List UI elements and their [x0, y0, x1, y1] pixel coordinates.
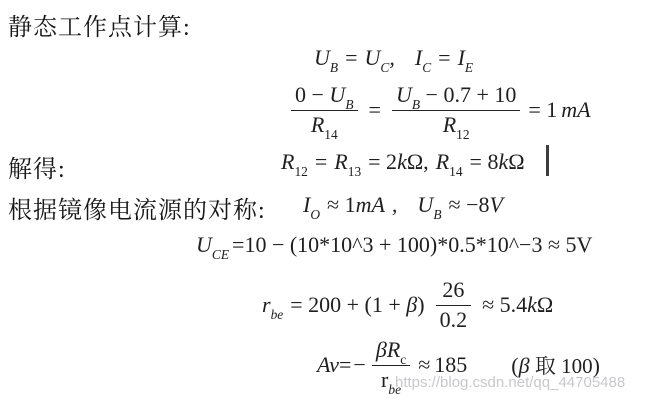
fraction-numerator: βRc — [372, 338, 410, 366]
formula-resistor-values: R12 = R13 = 2kΩ, R14 = 8kΩ — [281, 149, 532, 175]
fraction-denominator: R12 — [392, 111, 520, 138]
value-8k: = 8kΩ — [470, 149, 525, 175]
fraction-left: 0 − UB R14 — [291, 83, 358, 137]
rbe-result: ≈ 5.4kΩ — [482, 292, 553, 318]
document-page: 静态工作点计算: UB = UC , IC = IE 0 − UB R14 = … — [0, 0, 646, 398]
fraction-numerator: 26 — [436, 278, 472, 306]
result-unit: mA — [561, 97, 590, 123]
fraction-denominator: 0.2 — [436, 306, 472, 333]
fraction-numerator: UB − 0.7 + 10 — [392, 83, 520, 111]
var-uce: UCE — [196, 232, 229, 258]
fraction-26-02: 26 0.2 — [436, 278, 472, 332]
equals-sign: = — [339, 352, 351, 378]
formula-current-equation: 0 − UB R14 = UB − 0.7 + 10 R12 = 1 mA — [287, 83, 591, 137]
heading-static-operating-point: 静态工作点计算: — [8, 7, 191, 42]
label-solve: 解得: — [8, 149, 66, 184]
var-r14: R14 — [436, 149, 463, 175]
var-r13: R13 — [334, 149, 361, 175]
formula-rbe: rbe = 200 + (1 + β) 26 0.2 ≈ 5.4kΩ — [262, 276, 560, 334]
var-ub: UB — [417, 192, 441, 218]
equals-sign: = — [438, 45, 450, 71]
comma: , — [392, 192, 398, 218]
var-ic: IC — [415, 45, 431, 71]
var-ub: UB — [314, 45, 338, 71]
approx-value: ≈ 1mA — [327, 192, 385, 218]
var-uc: UC — [365, 45, 390, 71]
csdn-watermark: https://blog.csdn.net/qq_44705488 — [395, 374, 625, 391]
equals-sign: = — [345, 45, 357, 71]
var-io: IO — [303, 192, 320, 218]
result-value: = 1 — [528, 97, 557, 123]
value-2k: = 2kΩ, — [368, 149, 429, 175]
fraction-right: UB − 0.7 + 10 R12 — [392, 83, 520, 137]
var-rbe: rbe — [262, 292, 283, 318]
fraction-denominator: R14 — [291, 111, 358, 138]
equals-sign: = — [369, 97, 381, 123]
approx-value: ≈ −8V — [449, 192, 503, 218]
comma: , — [389, 45, 395, 71]
uce-expression: =10 − (10*10^3 + 100)*0.5*10^−3 ≈ 5V — [232, 232, 592, 258]
equals-sign: = — [315, 149, 327, 175]
minus-sign: − — [353, 352, 365, 378]
var-r12: R12 — [281, 149, 308, 175]
fraction-numerator: 0 − UB — [291, 83, 358, 111]
var-ie: IE — [458, 45, 474, 71]
formula-bias-equality: UB = UC , IC = IE — [314, 45, 473, 71]
rbe-mid-expression: = 200 + (1 + β) — [290, 292, 424, 318]
var-av: Av — [317, 352, 339, 378]
formula-mirror-results: IO ≈ 1mA , UB ≈ −8V — [303, 192, 510, 218]
formula-uce: UCE =10 − (10*10^3 + 100)*0.5*10^−3 ≈ 5V — [196, 232, 592, 258]
label-mirror-source: 根据镜像电流源的对称: — [8, 190, 266, 225]
text-cursor — [546, 145, 549, 176]
